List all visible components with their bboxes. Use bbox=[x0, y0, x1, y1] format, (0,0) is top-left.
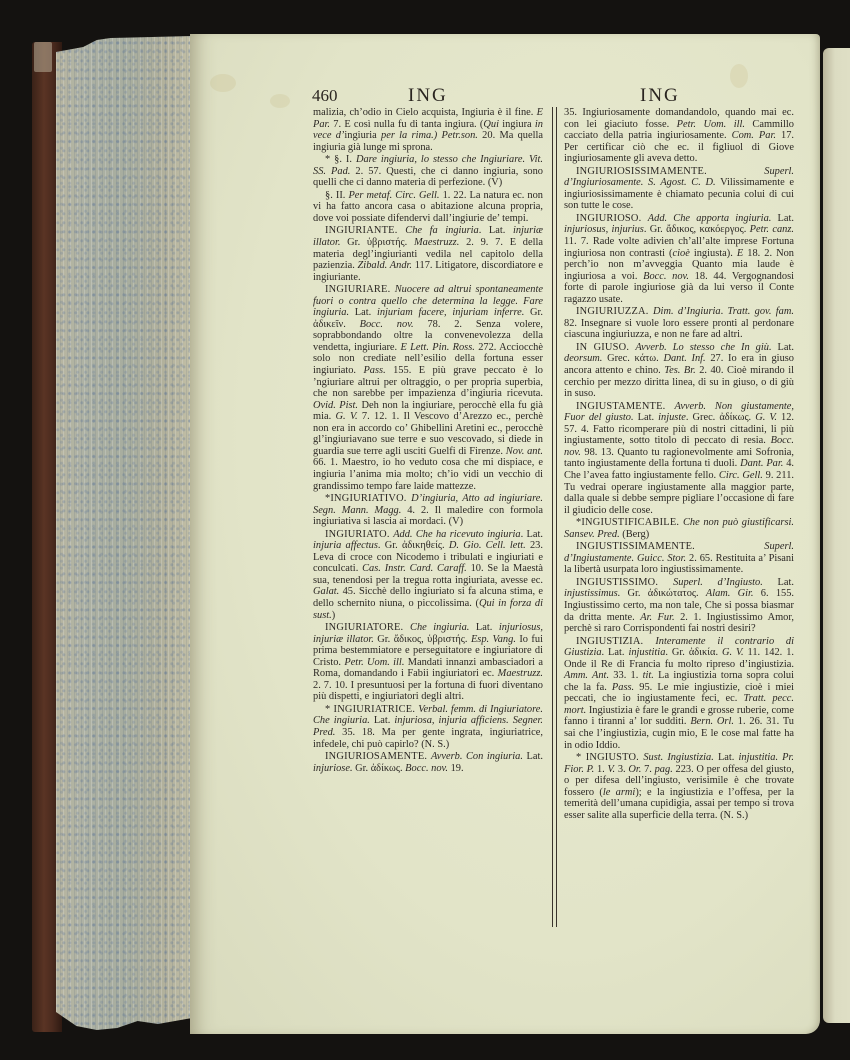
citation-italic: Avverb. Con ingiuria. bbox=[431, 751, 523, 762]
entry-text: Lat. bbox=[772, 342, 794, 353]
running-head-right: ING bbox=[640, 85, 680, 107]
citation-italic: Bocc. nov. bbox=[643, 271, 689, 282]
entry-text: Lat. bbox=[634, 412, 659, 423]
entry-text: ingiusta). bbox=[690, 248, 737, 259]
foxing-stain bbox=[270, 94, 290, 108]
right-column: 35. Ingiuriosamente domandandolo, quando… bbox=[564, 107, 794, 821]
citation-italic: Bocc. nov. bbox=[405, 763, 448, 774]
dictionary-entry: INGIURIATO. Add. Che ha ricevuto ingiuri… bbox=[313, 529, 543, 621]
headword: INGIUSTAMENTE. bbox=[576, 401, 675, 412]
citation-italic: Esp. Vang. bbox=[471, 634, 516, 645]
dictionary-entry: INGIURIATORE. Che ingiuria. Lat. injurio… bbox=[313, 622, 543, 703]
entry-text: 7. bbox=[641, 764, 654, 775]
headword: *INGIURIATIVO. bbox=[325, 493, 411, 504]
dictionary-entry: INGIURIOSISSIMAMENTE. Superl. d’Ingiurio… bbox=[564, 166, 794, 212]
citation-italic: le armi bbox=[603, 787, 635, 798]
citation-italic: cioè bbox=[673, 248, 690, 259]
citation-italic: Petr. Uom. ill. bbox=[344, 657, 404, 668]
headword: INGIURIANTE. bbox=[325, 225, 405, 236]
headword: INGIUSTISSIMO. bbox=[576, 577, 673, 588]
entry-text: Gr. ὑβριστής. bbox=[340, 237, 414, 248]
entry-text: 2. 7. 10. I presuntuosi per la fortuna d… bbox=[313, 680, 543, 703]
entry-text: Lat. bbox=[349, 307, 377, 318]
citation-italic: Amm. Ant. bbox=[564, 670, 609, 681]
entry-text: . Lat. bbox=[602, 647, 629, 658]
facing-page-edge bbox=[823, 48, 850, 1023]
entry-text: Lat. bbox=[763, 577, 794, 588]
entry-text: 19. bbox=[448, 763, 464, 774]
dictionary-entry: * INGIURIATRICE. Verbal. femm. di Ingiur… bbox=[313, 704, 543, 750]
entry-text: 3. bbox=[615, 764, 628, 775]
entry-text: Lat. bbox=[370, 715, 395, 726]
dictionary-entry: *INGIURIATIVO. D’ingiuria, Atto ad ingiu… bbox=[313, 493, 543, 528]
left-column: malizia, ch’odio in Cielo acquista, Ingi… bbox=[313, 107, 543, 774]
foxing-stain bbox=[210, 74, 236, 92]
entry-text: 1. bbox=[594, 764, 607, 775]
citation-italic: deorsum. bbox=[564, 353, 602, 364]
headword: INGIURIUZZA. bbox=[576, 306, 653, 317]
entry-text: (Berg) bbox=[620, 529, 650, 540]
dictionary-entry: INGIURIOSO. Add. Che apporta ingiuria. L… bbox=[564, 213, 794, 305]
citation-italic: pag. bbox=[655, 764, 673, 775]
citation-italic: Tratt. gov. fam. bbox=[728, 306, 794, 317]
headword: INGIUSTIZIA. bbox=[576, 636, 655, 647]
dictionary-entry: §. II. Per metaf. Circ. Gell. 1. 22. La … bbox=[313, 190, 543, 225]
citation-italic: Cas. Instr. Card. Caraff. bbox=[362, 563, 467, 574]
entry-text: Gr. ἄδικος, ὑβριστής. bbox=[374, 634, 471, 645]
headword: INGIURIOSO. bbox=[576, 213, 648, 224]
dictionary-entry: * §. I. Dare ingiuria, lo stesso che Ing… bbox=[313, 154, 543, 189]
dictionary-entry: INGIUSTAMENTE. Avverb. Non giustamente, … bbox=[564, 401, 794, 516]
headword: INGIURIATORE. bbox=[325, 622, 410, 633]
citation-italic: V. bbox=[608, 764, 616, 775]
citation-italic: Nov. ant. bbox=[506, 446, 543, 457]
citation-italic: G. V. bbox=[722, 647, 744, 658]
citation-italic: G. V. bbox=[336, 411, 358, 422]
column-divider bbox=[552, 107, 557, 927]
citation-italic: Pass. bbox=[612, 682, 634, 693]
headword: INGIUSTISSIMAMENTE. bbox=[576, 541, 764, 552]
entry-text: . bbox=[721, 306, 728, 317]
citation-italic: Petr. canz. bbox=[750, 224, 794, 235]
entry-text: Lat. bbox=[771, 213, 794, 224]
entry-text: . Gr. ἀδικηθείς. bbox=[378, 540, 449, 551]
citation-italic: Pass. bbox=[363, 365, 385, 376]
citation-italic: Ovid. Pist. bbox=[313, 400, 358, 411]
citation-italic: Bocc. nov. bbox=[360, 319, 414, 330]
entry-text: . Gr. ἄδικος, κακόεργος. bbox=[644, 224, 750, 235]
entry-text: 7. E così nulla fu di tanta ingiura. ( bbox=[330, 119, 483, 130]
headword: INGIURIOSISSIMAMENTE. bbox=[576, 166, 764, 177]
entry-text: . Grec. ἀδίκως. bbox=[686, 412, 755, 423]
page-block-edges bbox=[56, 32, 192, 1032]
citation-italic: tit. bbox=[643, 670, 654, 681]
citation-italic: Petr. Uom. ill. bbox=[677, 119, 745, 130]
dictionary-entry: IN GIUSO. Avverb. Lo stesso che In giù. … bbox=[564, 342, 794, 400]
citation-italic: Galat. bbox=[313, 586, 339, 597]
entry-text: Lat. bbox=[469, 622, 498, 633]
dictionary-entry: INGIUSTISSIMAMENTE. Superl. d’Ingiustame… bbox=[564, 541, 794, 576]
citation-italic: injuriose. bbox=[313, 763, 353, 774]
headword: * INGIURIATRICE. bbox=[325, 704, 418, 715]
citation-italic: Maestruzz. bbox=[414, 237, 459, 248]
citation-italic: Bern. Orl. bbox=[690, 716, 734, 727]
citation-italic: D. Gio. Cell. lett. bbox=[449, 540, 526, 551]
citation-italic: Petr.son. bbox=[442, 130, 478, 141]
citation-italic: Ar. Fur. bbox=[640, 612, 674, 623]
entry-text: Gr. ἀδικώτατος. bbox=[620, 588, 706, 599]
dictionary-entry: INGIUSTIZIA. Interamente il contrario di… bbox=[564, 636, 794, 751]
citation-italic: Or. bbox=[628, 764, 641, 775]
headword: INGIURIATO. bbox=[325, 529, 393, 540]
entry-text: 35. 18. Ma per gente ingrata, ingiuriatr… bbox=[313, 727, 543, 750]
citation-italic: Superl. d’Ingiusto. bbox=[673, 577, 763, 588]
page-number: 460 bbox=[312, 86, 338, 106]
citation-italic: Tes. Br. bbox=[664, 365, 695, 376]
entry-text: 33. 1. bbox=[609, 670, 643, 681]
citation-italic: Com. Par. bbox=[732, 130, 776, 141]
dictionary-entry: *INGIUSTIFICABILE. Che non può giustific… bbox=[564, 517, 794, 540]
entry-continuation: 35. Ingiuriosamente domandandolo, quando… bbox=[564, 107, 794, 165]
dictionary-entry: * INGIUSTO. Sust. Ingiustizia. Lat. inju… bbox=[564, 752, 794, 821]
entry-text: ingiuria bbox=[344, 130, 381, 141]
entry-text: ) bbox=[332, 610, 335, 621]
dictionary-entry: INGIUSTISSIMO. Superl. d’Ingiusto. Lat. … bbox=[564, 577, 794, 635]
citation-italic: Dant. Inf. bbox=[663, 353, 705, 364]
citation-italic: injustissimus. bbox=[564, 588, 620, 599]
citation-italic: Dim. d’Ingiuria bbox=[653, 306, 721, 317]
citation-italic: Dant. Par. bbox=[740, 458, 783, 469]
citation-italic: Add. Che apporta ingiuria. bbox=[648, 213, 772, 224]
citation-italic: Alam. Gir. bbox=[706, 588, 754, 599]
citation-italic: Zibald. Andr. bbox=[358, 260, 412, 271]
dictionary-entry: INGIURIARE. Nuocere ad altrui spontaneam… bbox=[313, 284, 543, 492]
citation-italic: Avverb. Lo stesso che In giù. bbox=[635, 342, 771, 353]
entry-text: malizia, ch’odio in Cielo acquista, Ingi… bbox=[313, 107, 537, 118]
entry-text: . Lat. bbox=[521, 529, 543, 540]
entry-text: . Gr. ἀδικία. bbox=[665, 647, 722, 658]
citation-italic: Qui bbox=[483, 119, 499, 130]
citation-italic: Maestruzz. bbox=[498, 668, 543, 679]
dictionary-entry: INGIURIUZZA. Dim. d’Ingiuria. Tratt. gov… bbox=[564, 306, 794, 341]
entry-text: ingiura bbox=[499, 119, 535, 130]
entry-text: 66. 1. Maestro, io ho veduto cosa che mi… bbox=[313, 457, 543, 491]
entry-text: * §. I. bbox=[325, 154, 356, 165]
citation-italic: Per metaf. Circ. Gell. bbox=[348, 190, 439, 201]
citation-italic: Circ. Gell. bbox=[719, 470, 763, 481]
dictionary-entry: INGIURIANTE. Che fa ingiuria. Lat. injur… bbox=[313, 225, 543, 283]
citation-italic: injuste bbox=[658, 412, 686, 423]
entry-text: §. II. bbox=[325, 190, 348, 201]
entry-text: Lat. bbox=[523, 751, 543, 762]
citation-italic: Che ingiuria. bbox=[410, 622, 469, 633]
dictionary-entry: INGIURIOSAMENTE. Avverb. Con ingiuria. L… bbox=[313, 751, 543, 774]
citation-italic: Add. Che ha ricevuto ingiuria bbox=[393, 529, 520, 540]
citation-italic: G. V. bbox=[755, 412, 777, 423]
citation-italic: injuria affectus bbox=[313, 540, 378, 551]
citation-italic: Che fa ingiuria bbox=[405, 225, 478, 236]
entry-continuation: malizia, ch’odio in Cielo acquista, Ingi… bbox=[313, 107, 543, 153]
headword: IN GIUSO. bbox=[576, 342, 635, 353]
citation-italic: injuriam facere, injuriam inferre. bbox=[377, 307, 524, 318]
headword: INGIURIARE. bbox=[325, 284, 395, 295]
citation-italic: injuriosus, injurius bbox=[564, 224, 644, 235]
entry-text: Lat. bbox=[714, 752, 739, 763]
entry-text: 82. Insegnare si vuole loro essere pront… bbox=[564, 318, 794, 341]
citation-italic: E Lett. Pin. Ross. bbox=[400, 342, 474, 353]
citation-italic: injustitia bbox=[628, 647, 665, 658]
citation-italic: Sust. Ingiustizia. bbox=[643, 752, 714, 763]
headword: *INGIUSTIFICABILE. bbox=[576, 517, 683, 528]
entry-text: Gr. ἀδίκως. bbox=[353, 763, 406, 774]
citation-italic: per la rima.) bbox=[381, 130, 437, 141]
headword: INGIURIOSAMENTE. bbox=[325, 751, 431, 762]
entry-text: Grec. κάτω. bbox=[602, 353, 663, 364]
headword: * INGIUSTO. bbox=[576, 752, 643, 763]
entry-text: . Lat. bbox=[479, 225, 513, 236]
foxing-stain bbox=[730, 64, 748, 88]
running-head-left: ING bbox=[408, 85, 448, 107]
